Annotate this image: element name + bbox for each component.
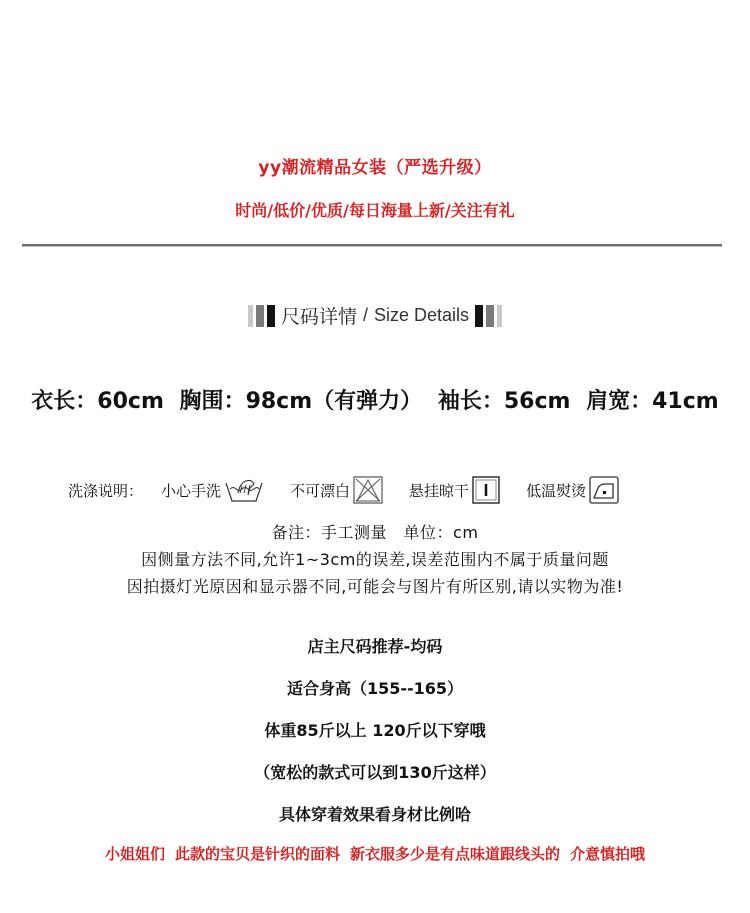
size-recommendation-loose: （宽松的款式可以到130斤这样）	[0, 760, 750, 783]
care-item-hand-wash: 小心手洗	[161, 477, 264, 503]
hang-dry-icon	[472, 476, 500, 504]
measurement-shoulder: 肩宽：41cm	[586, 389, 719, 414]
section-heading: 尺码详情/Size Details	[0, 302, 750, 329]
brand-slogan: 时尚/低价/优质/每日海量上新/关注有礼	[0, 198, 750, 221]
care-label: 洗涤说明：	[68, 480, 143, 501]
measurements-row: 衣长：60cm 胸围：98cm（有弹力） 袖长：56cm 肩宽：41cm	[0, 384, 750, 415]
note-measurement: 备注：手工测量 单位：cm	[0, 520, 750, 543]
hand-wash-icon	[224, 477, 264, 503]
decorative-bars-right-icon	[475, 305, 502, 327]
care-item-hang-dry: 悬挂晾干	[409, 476, 500, 504]
low-iron-icon	[589, 476, 619, 504]
note-tolerance: 因侧量方法不同,允许1~3cm的误差,误差范围内不属于质量问题	[0, 547, 750, 570]
care-instructions: 洗涤说明： 小心手洗 不可漂白 悬挂晾干 低温熨烫	[68, 476, 645, 504]
size-recommendation-weight: 体重85斤以上 120斤以下穿哦	[0, 718, 750, 741]
section-title-en: Size Details	[374, 305, 469, 326]
size-recommendation-height: 适合身高（155--165）	[0, 676, 750, 699]
size-recommendation-note: 具体穿着效果看身材比例哈	[0, 802, 750, 825]
section-title-cn: 尺码详情	[281, 302, 357, 329]
care-item-low-iron: 低温熨烫	[526, 476, 619, 504]
care-item-no-bleach: 不可漂白	[290, 476, 383, 504]
measurement-chest: 胸围：98cm（有弹力）	[180, 389, 423, 414]
decorative-bars-left-icon	[248, 305, 275, 327]
measurement-length: 衣长：60cm	[31, 389, 164, 414]
divider	[22, 244, 722, 247]
brand-title: yy潮流精品女装（严选升级）	[0, 153, 750, 178]
measurement-sleeve: 袖长：56cm	[438, 389, 571, 414]
fabric-warning: 小姐姐们此款的宝贝是针织的面料新衣服多少是有点味道跟线头的介意慎拍哦	[0, 843, 750, 864]
size-recommendation-title: 店主尺码推荐-均码	[0, 634, 750, 657]
no-bleach-icon	[353, 476, 383, 504]
note-color-difference: 因拍摄灯光原因和显示器不同,可能会与图片有所区别,请以实物为准!	[0, 574, 750, 597]
section-separator: /	[363, 305, 368, 326]
